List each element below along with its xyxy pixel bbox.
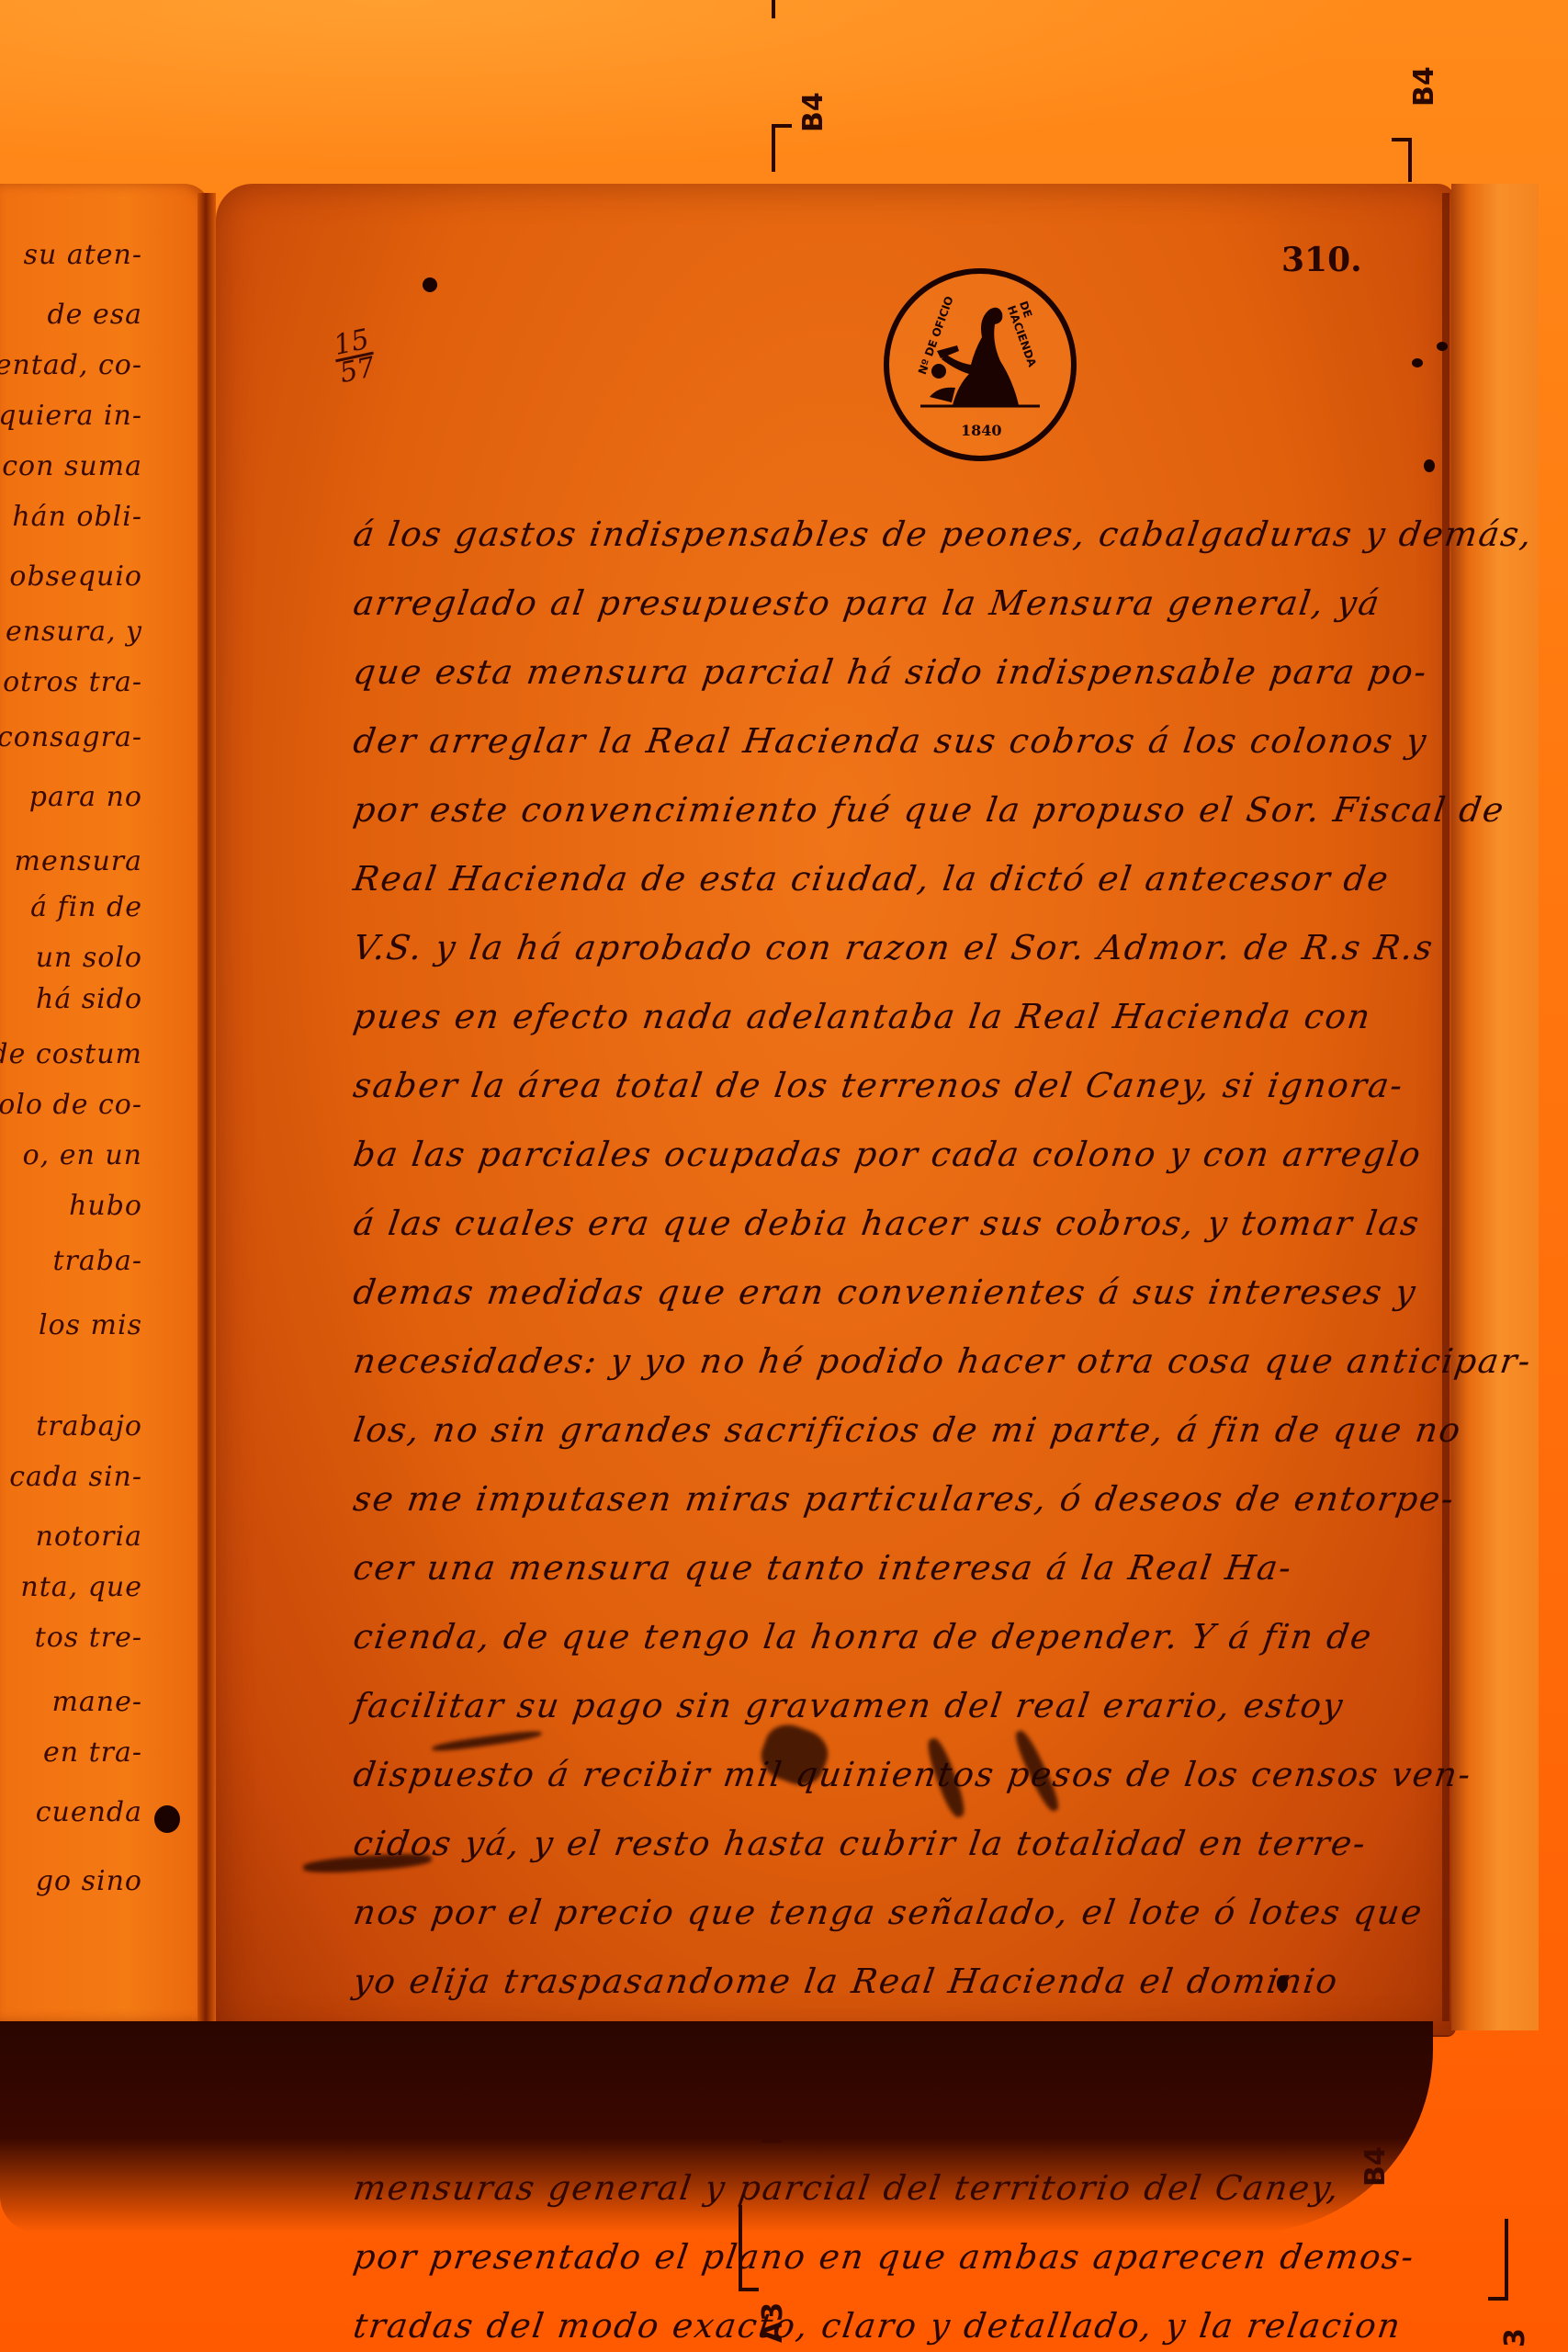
manuscript-line: necesidades: y yo no hé podido hacer otr… bbox=[351, 1341, 1535, 1381]
seal-stamp: Nº DE OFICIO DE HACIENDA 1840 bbox=[884, 268, 1077, 461]
left-page-line: los mis bbox=[39, 1309, 142, 1341]
margin-ink-dot bbox=[1424, 459, 1435, 472]
left-page-line: trabajo bbox=[36, 1410, 142, 1442]
left-page-line: otros tra- bbox=[3, 666, 142, 698]
manuscript-line: se me imputasen miras particulares, ó de… bbox=[351, 1479, 1458, 1519]
manuscript-line: saber la área total de los terrenos del … bbox=[351, 1066, 1406, 1105]
manuscript-line: pues en efecto nada adelantaba la Real H… bbox=[351, 997, 1374, 1036]
left-page-line: mane- bbox=[51, 1686, 142, 1718]
left-page-line: para no bbox=[29, 781, 142, 813]
scale-label: B4 bbox=[797, 92, 829, 132]
left-facing-page: su aten- de esa lentad, co- quiera in- c… bbox=[0, 184, 211, 2021]
left-page-line: tos tre- bbox=[35, 1622, 142, 1654]
scale-label: B4 bbox=[1408, 66, 1440, 107]
scale-label: 3 bbox=[1499, 2328, 1531, 2347]
left-page-line: go sino bbox=[36, 1865, 142, 1897]
manuscript-line: dispuesto á recibir mil quinientos pesos… bbox=[351, 1755, 1474, 1794]
manuscript-line: demas medidas que eran convenientes á su… bbox=[351, 1272, 1419, 1312]
manuscript-line: arreglado al presupuesto para la Mensura… bbox=[351, 583, 1383, 623]
manuscript-line: por este convencimiento fué que la propu… bbox=[351, 790, 1507, 830]
left-page-line: lentad, co- bbox=[0, 349, 142, 381]
book-gutter bbox=[197, 193, 216, 2021]
left-page-line: hán obli- bbox=[12, 501, 142, 533]
manuscript-line: por presentado el plano en que ambas apa… bbox=[351, 2237, 1417, 2277]
margin-ink-dot bbox=[1412, 358, 1423, 367]
manuscript-line: á los gastos indispensables de peones, c… bbox=[351, 514, 1536, 554]
left-page-line: consagra- bbox=[0, 721, 142, 753]
folio-number: 310. bbox=[1281, 241, 1362, 279]
page-edge-stack bbox=[1451, 184, 1539, 2030]
left-page-line: á fin de bbox=[30, 891, 142, 923]
left-page-line: notoria bbox=[36, 1521, 142, 1553]
left-page-line: há sido bbox=[36, 983, 142, 1015]
page-shadow bbox=[0, 2021, 1433, 2233]
page-edge-line bbox=[1442, 193, 1450, 2021]
manuscript-line: los, no sin grandes sacrificios de mi pa… bbox=[351, 1410, 1464, 1450]
left-page-line: mensura bbox=[15, 845, 142, 877]
left-page-line: cada sin- bbox=[9, 1461, 142, 1493]
left-page-line: un solo bbox=[36, 942, 142, 974]
left-page-line: de costum bbox=[0, 1038, 142, 1070]
seal-year: 1840 bbox=[961, 422, 1002, 439]
manuscript-line: cer una mensura que tanto interesa á la … bbox=[351, 1548, 1295, 1588]
left-page-line: ensura, y bbox=[6, 616, 142, 648]
ink-dot bbox=[423, 277, 437, 292]
left-page-line: su aten- bbox=[24, 239, 142, 271]
left-page-line: o, en un bbox=[23, 1139, 142, 1171]
left-page-line: con suma bbox=[2, 450, 142, 482]
backdrop-glow bbox=[0, 0, 1568, 202]
left-page-line: cuenda bbox=[36, 1796, 142, 1828]
manuscript-line: cienda, de que tengo la honra de depende… bbox=[351, 1617, 1375, 1657]
left-page-line: quiera in- bbox=[0, 400, 142, 432]
left-page-line: hubo bbox=[69, 1190, 142, 1222]
left-page-line: ro obsequio bbox=[0, 560, 142, 593]
left-page-line: solo de co- bbox=[0, 1089, 142, 1121]
manuscript-line: que esta mensura parcial há sido indispe… bbox=[351, 652, 1430, 692]
manuscript-line: der arreglar la Real Hacienda sus cobros… bbox=[351, 721, 1430, 761]
manuscript-line: yo elija traspasandome la Real Hacienda … bbox=[351, 1962, 1341, 2001]
left-page-line: traba- bbox=[52, 1245, 142, 1277]
ink-dot bbox=[1277, 1975, 1288, 1992]
binding-hole bbox=[154, 1805, 180, 1833]
manuscript-line: á las cuales era que debia hacer sus cob… bbox=[351, 1204, 1423, 1243]
manuscript-line: Real Hacienda de esta ciudad, la dictó e… bbox=[351, 859, 1393, 899]
manuscript-line: nos por el precio que tenga señalado, el… bbox=[351, 1893, 1426, 1932]
manuscript-line: V.S. y la há aprobado con razon el Sor. … bbox=[351, 928, 1437, 967]
manuscript-line: ba las parciales ocupadas por cada colon… bbox=[351, 1135, 1425, 1174]
left-page-line: nta, que bbox=[20, 1571, 142, 1603]
manuscript-line: cidos yá, y el resto hasta cubrir la tot… bbox=[351, 1824, 1370, 1863]
manuscript-line: tradas del modo exacto, claro y detallad… bbox=[351, 2306, 1404, 2346]
left-page-line: en tra- bbox=[43, 1736, 142, 1769]
margin-ink-dot bbox=[1437, 342, 1448, 351]
left-page-line: de esa bbox=[47, 299, 142, 331]
manuscript-line: facilitar su pago sin gravamen del real … bbox=[351, 1686, 1347, 1725]
